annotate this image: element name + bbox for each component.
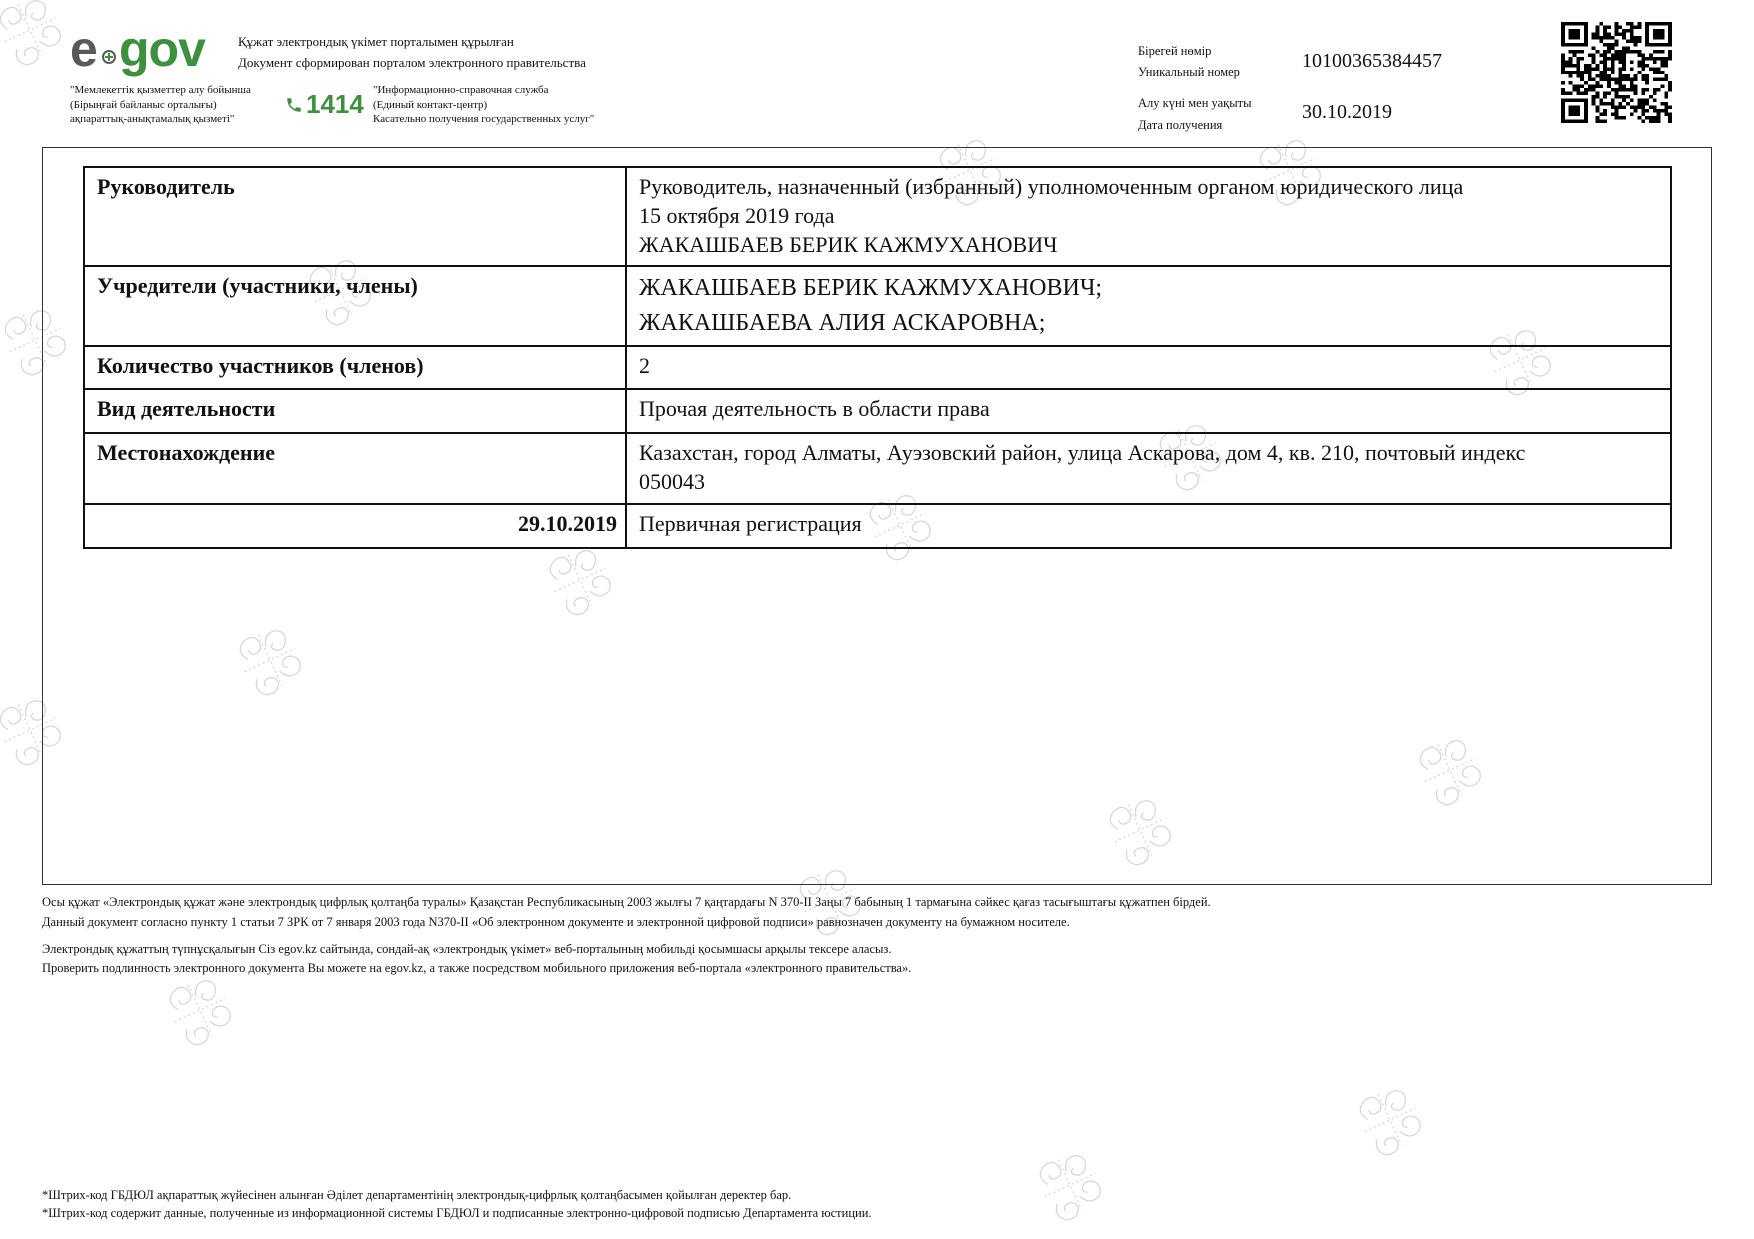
row-key-activity: Вид деятельности	[84, 389, 626, 433]
header-title-kz: Құжат электрондық үкімет порталымен құры…	[238, 34, 514, 50]
row-key-registration-date: 29.10.2019	[84, 504, 626, 548]
logo-prefix: e	[70, 20, 97, 78]
phone-icon	[285, 96, 303, 114]
table-row: Местонахождение Казахстан, город Алматы,…	[84, 433, 1671, 504]
row-value-member-count: 2	[626, 346, 1671, 389]
registration-info-table: Руководитель Руководитель, назначенный (…	[83, 166, 1672, 549]
verify-notice-ru: Проверить подлинность электронного докум…	[42, 960, 911, 976]
unique-number-value: 10100365384457	[1302, 50, 1442, 73]
ornament-watermark-icon	[1030, 1145, 1110, 1225]
ornament-watermark-icon	[0, 0, 70, 70]
egov-logo: e gov	[70, 26, 210, 76]
row-value-director: Руководитель, назначенный (избранный) уп…	[626, 167, 1671, 266]
value-line: ЖАКАШБАЕВ БЕРИК КАЖМУХАНОВИЧ;	[639, 271, 1660, 306]
row-value-location: Казахстан, город Алматы, Ауэзовский райо…	[626, 433, 1671, 504]
receipt-date-label-ru: Дата получения	[1138, 117, 1222, 133]
verify-notice-kz: Электрондық құжаттың түпнұсқалығын Сіз e…	[42, 941, 891, 957]
value-line: Казахстан, город Алматы, Ауэзовский райо…	[639, 438, 1660, 467]
phone-number: 1414	[306, 89, 364, 120]
value-line: ЖАКАШБАЕВ БЕРИК КАЖМУХАНОВИЧ	[639, 230, 1660, 259]
logo-suffix: gov	[119, 20, 205, 78]
plus-circle-icon	[102, 50, 116, 64]
header-title-ru: Документ сформирован порталом электронно…	[238, 55, 586, 71]
value-line: 15 октября 2019 года	[639, 201, 1660, 230]
barcode-note-kz: *Штрих-код ГБДЮЛ ақпараттық жүйесінен ал…	[42, 1187, 791, 1203]
value-line: ЖАКАШБАЕВА АЛИЯ АСКАРОВНА;	[639, 306, 1660, 341]
info-left-line: (Бірыңғай байланыс орталығы)	[70, 98, 251, 113]
info-left-line: "Мемлекеттік қызметтер алу бойынша	[70, 83, 251, 98]
row-key-founders: Учредители (участники, члены)	[84, 266, 626, 346]
info-left-line: ақпараттық-анықтамалық қызметі"	[70, 112, 251, 127]
row-value-founders: ЖАКАШБАЕВ БЕРИК КАЖМУХАНОВИЧ; ЖАКАШБАЕВА…	[626, 266, 1671, 346]
receipt-date-label-kz: Алу күні мен уақыты	[1138, 95, 1252, 111]
info-right-line: (Единый контакт-центр)	[373, 98, 594, 113]
contact-phone: 1414	[285, 89, 364, 120]
legal-notice-ru: Данный документ согласно пункту 1 статьи…	[42, 914, 1070, 930]
value-line: Руководитель, назначенный (избранный) уп…	[639, 172, 1660, 201]
legal-notice-kz: Осы құжат «Электрондық құжат және электр…	[42, 894, 1211, 910]
barcode-note-ru: *Штрих-код содержит данные, полученные и…	[42, 1205, 872, 1221]
value-line: 050043	[639, 467, 1660, 496]
unique-number-label-ru: Уникальный номер	[1138, 64, 1240, 80]
row-key-location: Местонахождение	[84, 433, 626, 504]
ornament-watermark-icon	[160, 970, 240, 1050]
row-value-registration-type: Первичная регистрация	[626, 504, 1671, 548]
row-value-activity: Прочая деятельность в области права	[626, 389, 1671, 433]
table-row: 29.10.2019 Первичная регистрация	[84, 504, 1671, 548]
info-left: "Мемлекеттік қызметтер алу бойынша (Біры…	[70, 83, 251, 127]
qr-code-icon	[1561, 22, 1672, 123]
table-row: Количество участников (членов) 2	[84, 346, 1671, 389]
row-key-director: Руководитель	[84, 167, 626, 266]
info-right: "Информационно-справочная служба (Единый…	[373, 83, 594, 127]
table-row: Руководитель Руководитель, назначенный (…	[84, 167, 1671, 266]
info-right-line: "Информационно-справочная служба	[373, 83, 594, 98]
row-key-member-count: Количество участников (членов)	[84, 346, 626, 389]
unique-number-label-kz: Бірегей нөмір	[1138, 43, 1211, 59]
ornament-watermark-icon	[1350, 1080, 1430, 1160]
info-right-line: Касательно получения государственных усл…	[373, 112, 594, 127]
receipt-date-value: 30.10.2019	[1302, 101, 1392, 124]
table-row: Вид деятельности Прочая деятельность в о…	[84, 389, 1671, 433]
table-row: Учредители (участники, члены) ЖАКАШБАЕВ …	[84, 266, 1671, 346]
